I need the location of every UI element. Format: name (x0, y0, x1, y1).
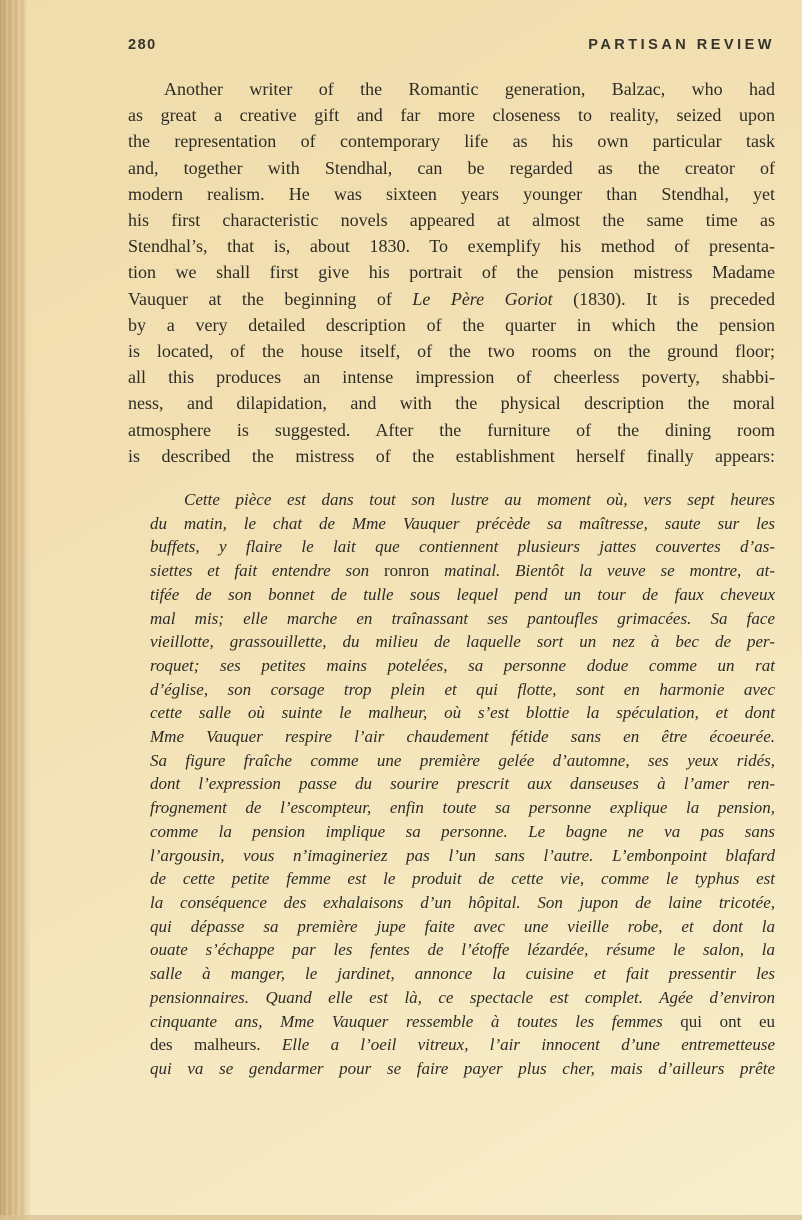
journal-title: PARTISAN REVIEW (588, 37, 775, 53)
text-line: roquet; ses petites mains potelées, sa p… (150, 654, 775, 678)
text-line: Cette pièce est dans tout son lustre au … (150, 488, 775, 512)
text-line: cette salle où suinte le malheur, où s’e… (150, 701, 775, 725)
french-blockquote: Cette pièce est dans tout son lustre au … (150, 488, 775, 1081)
text-line: l’argousin, vous n’imagineriez pas l’un … (150, 844, 775, 868)
text-line: la conséquence des exhalaisons d’un hôpi… (150, 891, 775, 915)
text-line: his first characteristic novels appeared… (128, 207, 775, 233)
text-line: is located, of the house itself, of the … (128, 338, 775, 364)
text-line: Sa figure fraîche comme une première gel… (150, 749, 775, 773)
page-content: 280 PARTISAN REVIEW Another writer of th… (128, 0, 775, 1081)
page-number: 280 (128, 37, 157, 53)
text-line: Vauquer at the beginning of Le Père Gori… (128, 286, 775, 312)
text-line: tifée de son bonnet de tulle sous lequel… (150, 583, 775, 607)
text-line: vieillotte, grassouillette, du milieu de… (150, 630, 775, 654)
text-line: cinquante ans, Mme Vauquer ressemble à t… (150, 1010, 775, 1034)
text-line: and, together with Stendhal, can be rega… (128, 155, 775, 181)
book-page-scan: 280 PARTISAN REVIEW Another writer of th… (0, 0, 802, 1220)
text-line: modern realism. He was sixteen years you… (128, 181, 775, 207)
text-line: dont l’expression passe du sourire presc… (150, 772, 775, 796)
text-line: ness, and dilapidation, and with the phy… (128, 390, 775, 416)
text-line: as great a creative gift and far more cl… (128, 102, 775, 128)
running-head: 280 PARTISAN REVIEW (128, 37, 775, 53)
text-line: the representation of contemporary life … (128, 128, 775, 154)
text-line: pensionnaires. Quand elle est là, ce spe… (150, 986, 775, 1010)
book-binding-page-edges (0, 0, 30, 1220)
text-line: Stendhal’s, that is, about 1830. To exem… (128, 233, 775, 259)
text-line: Mme Vauquer respire l’air chaudement fét… (150, 725, 775, 749)
text-line: Another writer of the Romantic generatio… (128, 76, 775, 102)
text-line: des malheurs. Elle a l’oeil vitreux, l’a… (150, 1033, 775, 1057)
text-line: buffets, y flaire le lait que contiennen… (150, 535, 775, 559)
text-line: mal mis; elle marche en traînassant ses … (150, 607, 775, 631)
text-line: atmosphere is suggested. After the furni… (128, 417, 775, 443)
text-line: is described the mistress of the establi… (128, 443, 775, 469)
text-line: comme la pension implique sa personne. L… (150, 820, 775, 844)
text-line: all this produces an intense impression … (128, 364, 775, 390)
text-line: qui dépasse sa première jupe faite avec … (150, 915, 775, 939)
text-line: de cette petite femme est le produit de … (150, 867, 775, 891)
text-line: salle à manger, le jardinet, annonce la … (150, 962, 775, 986)
text-line: by a very detailed description of the qu… (128, 312, 775, 338)
text-line: d’église, son corsage trop plein et qui … (150, 678, 775, 702)
text-line: du matin, le chat de Mme Vauquer précède… (150, 512, 775, 536)
text-line: qui va se gendarmer pour se faire payer … (150, 1057, 775, 1081)
page-bottom-edge (0, 1215, 802, 1220)
body-paragraph: Another writer of the Romantic generatio… (128, 76, 775, 469)
text-line: ouate s’échappe par les fentes de l’étof… (150, 938, 775, 962)
text-line: frognement de l’escompteur, enfin toute … (150, 796, 775, 820)
text-line: siettes et fait entendre son ronron mati… (150, 559, 775, 583)
text-line: tion we shall first give his portrait of… (128, 259, 775, 285)
